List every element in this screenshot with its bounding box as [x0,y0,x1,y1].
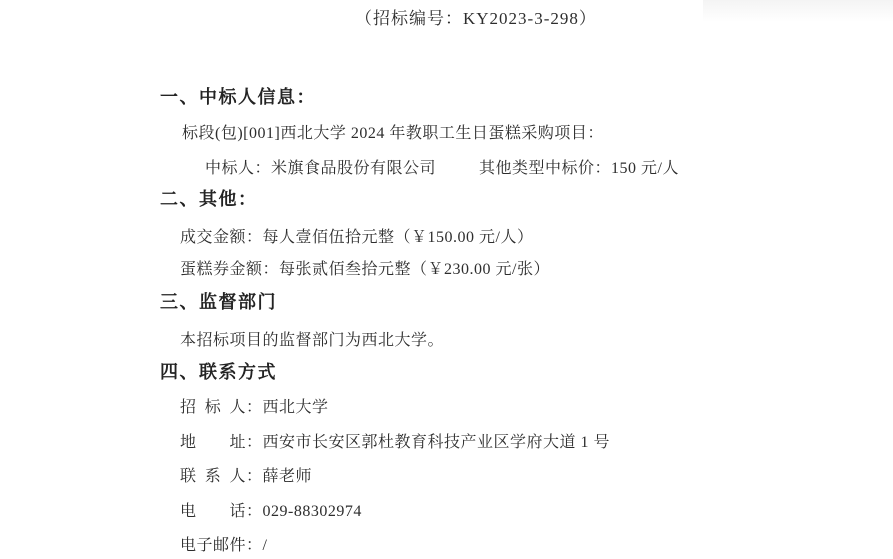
contact-colon: ： [246,432,263,454]
contact-row-contact-person: 联系人：薛老师 [180,466,312,488]
contact-value: 西安市长安区郭杜教育科技产业区学府大道 1 号 [263,432,611,454]
scan-artifact-shade [703,0,893,22]
contact-label: 联系人 [180,466,246,488]
section-heading-supervision: 三、监督部门 [160,291,277,313]
lot-project-line: 标段(包)[001]西北大学 2024 年教职工生日蛋糕采购项目： [182,123,604,145]
contact-label: 招标人 [180,397,246,419]
contact-row-email: 电子邮件：/ [180,535,267,557]
section-heading-other: 二、其他： [160,188,258,210]
contact-value: 西北大学 [263,397,329,419]
section-heading-contact: 四、联系方式 [160,361,277,383]
tender-number-note: （招标编号：KY2023-3-298） [355,8,597,30]
contact-value: 薛老师 [263,466,313,488]
contact-row-phone: 电话：029-88302974 [180,501,362,523]
contact-colon: ： [246,397,263,419]
contact-colon: ： [246,466,263,488]
contact-row-address: 地址：西安市长安区郭杜教育科技产业区学府大道 1 号 [180,432,610,454]
winner-price-text: 其他类型中标价：150 元/人 [479,158,679,180]
cake-voucher-amount-line: 蛋糕券金额：每张贰佰叁拾元整（￥230.00 元/张） [180,259,550,281]
scanned-document-page: （招标编号：KY2023-3-298） 一、中标人信息： 标段(包)[001]西… [0,0,893,559]
contact-label: 地址 [180,432,246,454]
section-heading-winner-info: 一、中标人信息： [160,86,316,108]
supervision-body-line: 本招标项目的监督部门为西北大学。 [180,330,444,352]
contact-row-tenderer: 招标人：西北大学 [180,397,329,419]
winner-and-price-line: 中标人：米旗食品股份有限公司 其他类型中标价：150 元/人 [205,158,679,180]
contact-colon: ： [246,501,263,523]
contact-value: / [263,535,268,557]
deal-amount-line: 成交金额：每人壹佰伍拾元整（￥150.00 元/人） [180,227,533,249]
contact-label: 电子邮件 [180,535,246,557]
contact-value: 029-88302974 [263,501,362,523]
winner-name-text: 中标人：米旗食品股份有限公司 [205,158,436,180]
contact-colon: ： [246,535,263,557]
contact-label: 电话 [180,501,246,523]
